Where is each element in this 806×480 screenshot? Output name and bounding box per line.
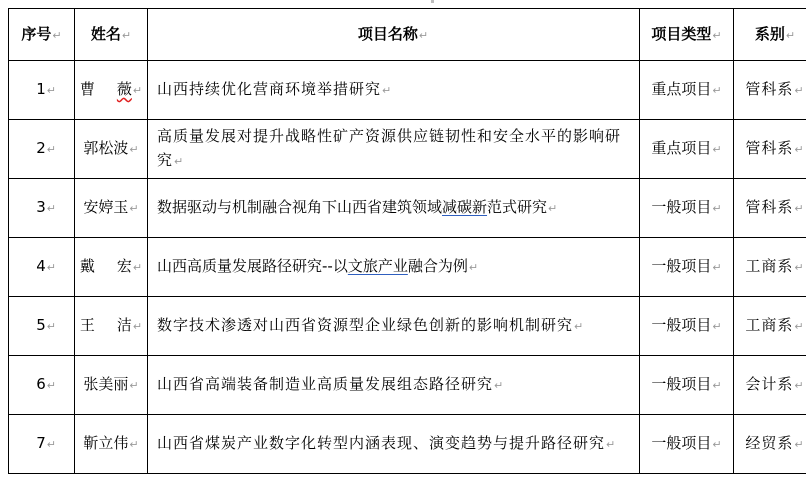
type-value: 一般项目 xyxy=(651,257,711,275)
cell-name[interactable]: 王洁↵ xyxy=(75,297,148,356)
cell-dept[interactable]: 工商系↵ xyxy=(734,238,806,297)
cell-name[interactable]: 戴宏↵ xyxy=(75,238,148,297)
paragraph-mark-icon: ↵ xyxy=(469,261,478,274)
paragraph-mark-icon: ↵ xyxy=(133,320,142,333)
name-value: 郭松波 xyxy=(83,139,128,157)
paragraph-mark-icon: ↵ xyxy=(47,202,56,215)
paragraph-mark-icon: ↵ xyxy=(122,29,131,42)
index-value: 5 xyxy=(36,316,46,334)
title-part: 山西高质量发展路径研究--以 xyxy=(157,257,348,275)
cell-title[interactable]: 山西省高端装备制造业高质量发展组态路径研究↵ xyxy=(148,356,640,415)
cell-name[interactable]: 靳立伟↵ xyxy=(75,415,148,474)
title-part: 融合为例 xyxy=(408,257,468,275)
table-row: 4↵ 戴宏↵ 山西高质量发展路径研究--以文旅产业融合为例↵ 一般项目↵ 工商系… xyxy=(9,238,806,297)
paragraph-mark-icon: ↵ xyxy=(47,84,56,97)
cell-dept[interactable]: 管科系↵ xyxy=(734,61,806,120)
cell-dept[interactable]: 经贸系↵ xyxy=(734,415,806,474)
paragraph-mark-icon: ↵ xyxy=(419,29,428,42)
index-value: 7 xyxy=(36,434,46,452)
cell-title[interactable]: 山西省煤炭产业数字化转型内涵表现、演变趋势与提升路径研究↵ xyxy=(148,415,640,474)
paragraph-mark-icon: ↵ xyxy=(382,84,392,97)
paragraph-mark-icon: ↵ xyxy=(794,379,804,392)
name-value: 安婷玉 xyxy=(83,198,128,216)
cell-index[interactable]: 2↵ xyxy=(9,120,75,179)
paragraph-mark-icon: ↵ xyxy=(712,202,721,215)
project-table: 序号↵ 姓名↵ 项目名称↵ 项目类型↵ 系别↵ 1↵ 曹薇↵ 山西持续优化营商环… xyxy=(8,8,806,474)
header-title: 项目名称↵ xyxy=(148,9,640,61)
paragraph-mark-icon: ↵ xyxy=(548,202,557,215)
paragraph-mark-icon: ↵ xyxy=(47,261,56,274)
paragraph-mark-icon: ↵ xyxy=(712,379,721,392)
index-value: 6 xyxy=(36,375,46,393)
name-first: 王 xyxy=(80,316,95,334)
paragraph-mark-icon: ↵ xyxy=(47,438,56,451)
paragraph-mark-icon: ↵ xyxy=(712,320,721,333)
title-value: 高质量发展对提升战略性矿产资源供应链韧性和安全水平的影响研究 xyxy=(157,127,621,169)
type-value: 一般项目 xyxy=(651,198,711,216)
table-row: 2↵ 郭松波↵ 高质量发展对提升战略性矿产资源供应链韧性和安全水平的影响研究↵ … xyxy=(9,120,806,179)
paragraph-mark-icon: ↵ xyxy=(712,29,721,42)
paragraph-mark-icon: ↵ xyxy=(712,84,721,97)
title-grammar-underlined: 减碳新 xyxy=(442,198,487,216)
dept-value: 经贸系 xyxy=(745,434,793,452)
type-value: 一般项目 xyxy=(651,434,711,452)
name-last: 洁 xyxy=(117,316,132,334)
paragraph-mark-icon: ↵ xyxy=(794,202,804,215)
paragraph-mark-icon: ↵ xyxy=(712,261,721,274)
paragraph-mark-icon: ↵ xyxy=(574,320,584,333)
title-part: 数据驱动与机制融合视角下山西省建筑领域 xyxy=(157,198,442,216)
cell-index[interactable]: 4↵ xyxy=(9,238,75,297)
header-title-label: 项目名称 xyxy=(358,25,418,43)
index-value: 4 xyxy=(36,257,46,275)
paragraph-mark-icon: ↵ xyxy=(129,438,138,451)
index-value: 3 xyxy=(36,198,46,216)
paragraph-mark-icon: ↵ xyxy=(712,438,721,451)
stray-mark xyxy=(431,0,434,3)
cell-type[interactable]: 一般项目↵ xyxy=(640,238,734,297)
title-value: 数字技术渗透对山西省资源型企业绿色创新的影响机制研究 xyxy=(157,316,573,334)
cell-type[interactable]: 一般项目↵ xyxy=(640,297,734,356)
header-row: 序号↵ 姓名↵ 项目名称↵ 项目类型↵ 系别↵ xyxy=(9,9,806,61)
cell-type[interactable]: 一般项目↵ xyxy=(640,356,734,415)
paragraph-mark-icon: ↵ xyxy=(52,29,61,42)
header-index-label: 序号 xyxy=(21,25,51,43)
header-type-label: 项目类型 xyxy=(651,25,711,43)
paragraph-mark-icon: ↵ xyxy=(47,379,56,392)
paragraph-mark-icon: ↵ xyxy=(129,143,138,156)
header-dept: 系别↵ xyxy=(734,9,806,61)
cell-index[interactable]: 1↵ xyxy=(9,61,75,120)
cell-index[interactable]: 7↵ xyxy=(9,415,75,474)
dept-value: 工商系 xyxy=(745,316,793,334)
type-value: 一般项目 xyxy=(651,375,711,393)
paragraph-mark-icon: ↵ xyxy=(794,261,804,274)
paragraph-mark-icon: ↵ xyxy=(794,84,804,97)
title-value: 山西省高端装备制造业高质量发展组态路径研究 xyxy=(157,375,493,393)
paragraph-mark-icon: ↵ xyxy=(494,379,504,392)
cell-index[interactable]: 6↵ xyxy=(9,356,75,415)
paragraph-mark-icon: ↵ xyxy=(794,320,804,333)
paragraph-mark-icon: ↵ xyxy=(47,143,56,156)
title-part: 范式研究 xyxy=(487,198,547,216)
title-grammar-underlined: 文旅产业 xyxy=(348,257,408,275)
type-value: 重点项目 xyxy=(651,139,711,157)
paragraph-mark-icon: ↵ xyxy=(129,202,138,215)
cell-index[interactable]: 5↵ xyxy=(9,297,75,356)
cell-name[interactable]: 张美丽↵ xyxy=(75,356,148,415)
title-value: 山西省煤炭产业数字化转型内涵表现、演变趋势与提升路径研究 xyxy=(157,434,605,452)
cell-dept[interactable]: 会计系↵ xyxy=(734,356,806,415)
cell-type[interactable]: 重点项目↵ xyxy=(640,120,734,179)
name-first: 曹 xyxy=(80,80,95,98)
paragraph-mark-icon: ↵ xyxy=(712,143,721,156)
name-last: 宏 xyxy=(117,257,132,275)
paragraph-mark-icon: ↵ xyxy=(794,143,804,156)
cell-title[interactable]: 山西持续优化营商环境举措研究↵ xyxy=(148,61,640,120)
cell-title[interactable]: 数据驱动与机制融合视角下山西省建筑领域减碳新范式研究↵ xyxy=(148,179,640,238)
cell-type[interactable]: 一般项目↵ xyxy=(640,415,734,474)
cell-dept[interactable]: 管科系↵ xyxy=(734,179,806,238)
cell-title[interactable]: 数字技术渗透对山西省资源型企业绿色创新的影响机制研究↵ xyxy=(148,297,640,356)
header-index: 序号↵ xyxy=(9,9,75,61)
type-value: 重点项目 xyxy=(651,80,711,98)
paragraph-mark-icon: ↵ xyxy=(786,29,795,42)
name-last-spellcheck: 薇 xyxy=(117,80,132,98)
type-value: 一般项目 xyxy=(651,316,711,334)
name-value: 靳立伟 xyxy=(83,434,128,452)
table-row: 6↵ 张美丽↵ 山西省高端装备制造业高质量发展组态路径研究↵ 一般项目↵ 会计系… xyxy=(9,356,806,415)
paragraph-mark-icon: ↵ xyxy=(47,320,56,333)
index-value: 1 xyxy=(36,80,46,98)
table-row: 5↵ 王洁↵ 数字技术渗透对山西省资源型企业绿色创新的影响机制研究↵ 一般项目↵… xyxy=(9,297,806,356)
cell-name[interactable]: 曹薇↵ xyxy=(75,61,148,120)
paragraph-mark-icon: ↵ xyxy=(606,438,616,451)
name-first: 戴 xyxy=(80,257,95,275)
cell-name[interactable]: 安婷玉↵ xyxy=(75,179,148,238)
name-value: 张美丽 xyxy=(83,375,128,393)
index-value: 2 xyxy=(36,139,46,157)
dept-value: 管科系 xyxy=(745,139,793,157)
dept-value: 管科系 xyxy=(745,198,793,216)
paragraph-mark-icon: ↵ xyxy=(129,379,138,392)
cell-type[interactable]: 重点项目↵ xyxy=(640,61,734,120)
cell-name[interactable]: 郭松波↵ xyxy=(75,120,148,179)
cell-type[interactable]: 一般项目↵ xyxy=(640,179,734,238)
header-type: 项目类型↵ xyxy=(640,9,734,61)
paragraph-mark-icon: ↵ xyxy=(133,84,142,97)
table-row: 7↵ 靳立伟↵ 山西省煤炭产业数字化转型内涵表现、演变趋势与提升路径研究↵ 一般… xyxy=(9,415,806,474)
cell-dept[interactable]: 工商系↵ xyxy=(734,297,806,356)
header-name-label: 姓名 xyxy=(91,25,121,43)
dept-value: 工商系 xyxy=(745,257,793,275)
header-name: 姓名↵ xyxy=(75,9,148,61)
table-row: 1↵ 曹薇↵ 山西持续优化营商环境举措研究↵ 重点项目↵ 管科系↵ xyxy=(9,61,806,120)
header-dept-label: 系别 xyxy=(755,25,785,43)
cell-dept[interactable]: 管科系↵ xyxy=(734,120,806,179)
table-row: 3↵ 安婷玉↵ 数据驱动与机制融合视角下山西省建筑领域减碳新范式研究↵ 一般项目… xyxy=(9,179,806,238)
cell-index[interactable]: 3↵ xyxy=(9,179,75,238)
cell-title[interactable]: 高质量发展对提升战略性矿产资源供应链韧性和安全水平的影响研究↵ xyxy=(148,120,640,179)
title-value: 山西持续优化营商环境举措研究 xyxy=(157,80,381,98)
dept-value: 会计系 xyxy=(745,375,793,393)
paragraph-mark-icon: ↵ xyxy=(174,155,184,168)
dept-value: 管科系 xyxy=(745,80,793,98)
paragraph-mark-icon: ↵ xyxy=(794,438,804,451)
cell-title[interactable]: 山西高质量发展路径研究--以文旅产业融合为例↵ xyxy=(148,238,640,297)
paragraph-mark-icon: ↵ xyxy=(133,261,142,274)
